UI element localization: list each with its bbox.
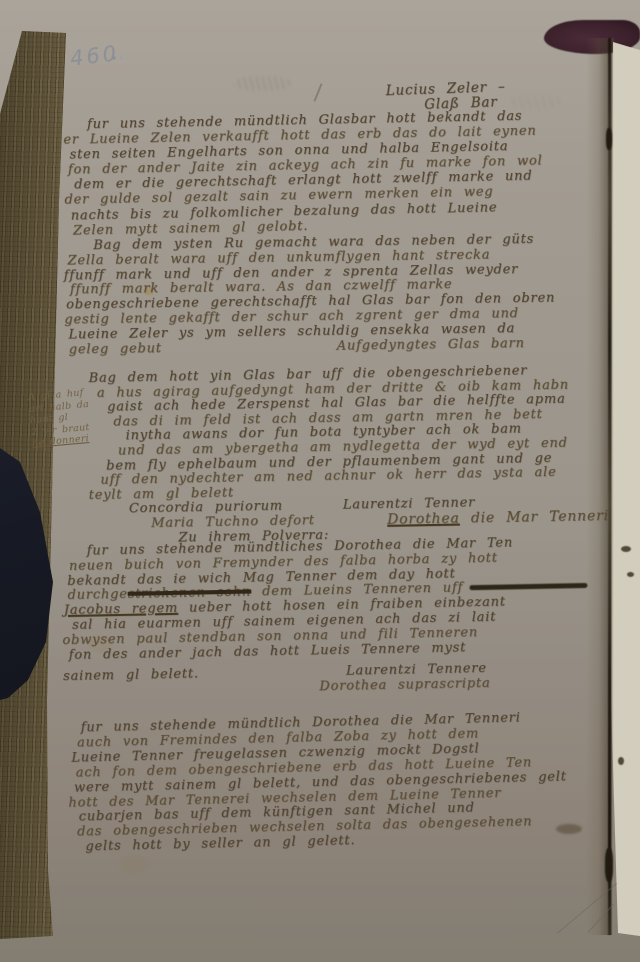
line4-pre: durchge	[67, 587, 127, 603]
pencil-dots	[112, 56, 126, 60]
paragraph-2-body: Bag dem ysten Ru gemacht wara das neben …	[63, 233, 556, 343]
paragraph-1: fur uns stehende mündtlich Glasbar hott …	[63, 108, 544, 238]
gray-smudge	[508, 96, 560, 109]
closing-left: sainem gl belett.	[63, 667, 199, 685]
closing-left: geleg gebut	[69, 341, 162, 357]
signature-rest: die Mar Tenneri	[459, 508, 609, 527]
gutter-ink-blot	[605, 848, 613, 882]
ink-speck	[627, 572, 634, 577]
ink-blot-strike	[469, 583, 587, 590]
photograph-of-manuscript: 460 Lucius Zeler – Glaß Bar fur uns steh…	[0, 0, 640, 962]
ink-speck	[618, 757, 624, 765]
maria-note: Maria Tuchno defort	[151, 513, 315, 531]
paragraph-4: fur uns stehende mündtliches Dorothea di…	[61, 535, 590, 700]
closing-right: Aufgedyngtes Glas barn	[337, 337, 525, 354]
paragraph-3-body: Bag dem hott yin Glas bar uff die obenge…	[61, 364, 571, 490]
paragraph-3: Bag dem hott yin Glas bar uff die obenge…	[61, 364, 572, 548]
signature-laurentzi-2: Laurentzi Tennere	[346, 662, 487, 679]
gutter-shadow	[586, 38, 614, 935]
ink-offset-ghost	[234, 76, 290, 91]
paper-stain	[120, 856, 150, 874]
gutter-ink-blot	[606, 128, 612, 150]
underlined-name: Dorothea	[387, 510, 460, 527]
paragraph-2: Bag dem ysten Ru gemacht wara das neben …	[63, 233, 556, 358]
paragraph-5: fur uns stehende mündtlich Dorothea die …	[67, 710, 569, 855]
ink-speck	[621, 546, 631, 552]
paragraph-4-body-bottom: sal hia euarmen uff sainem eigenen ach d…	[62, 609, 588, 663]
